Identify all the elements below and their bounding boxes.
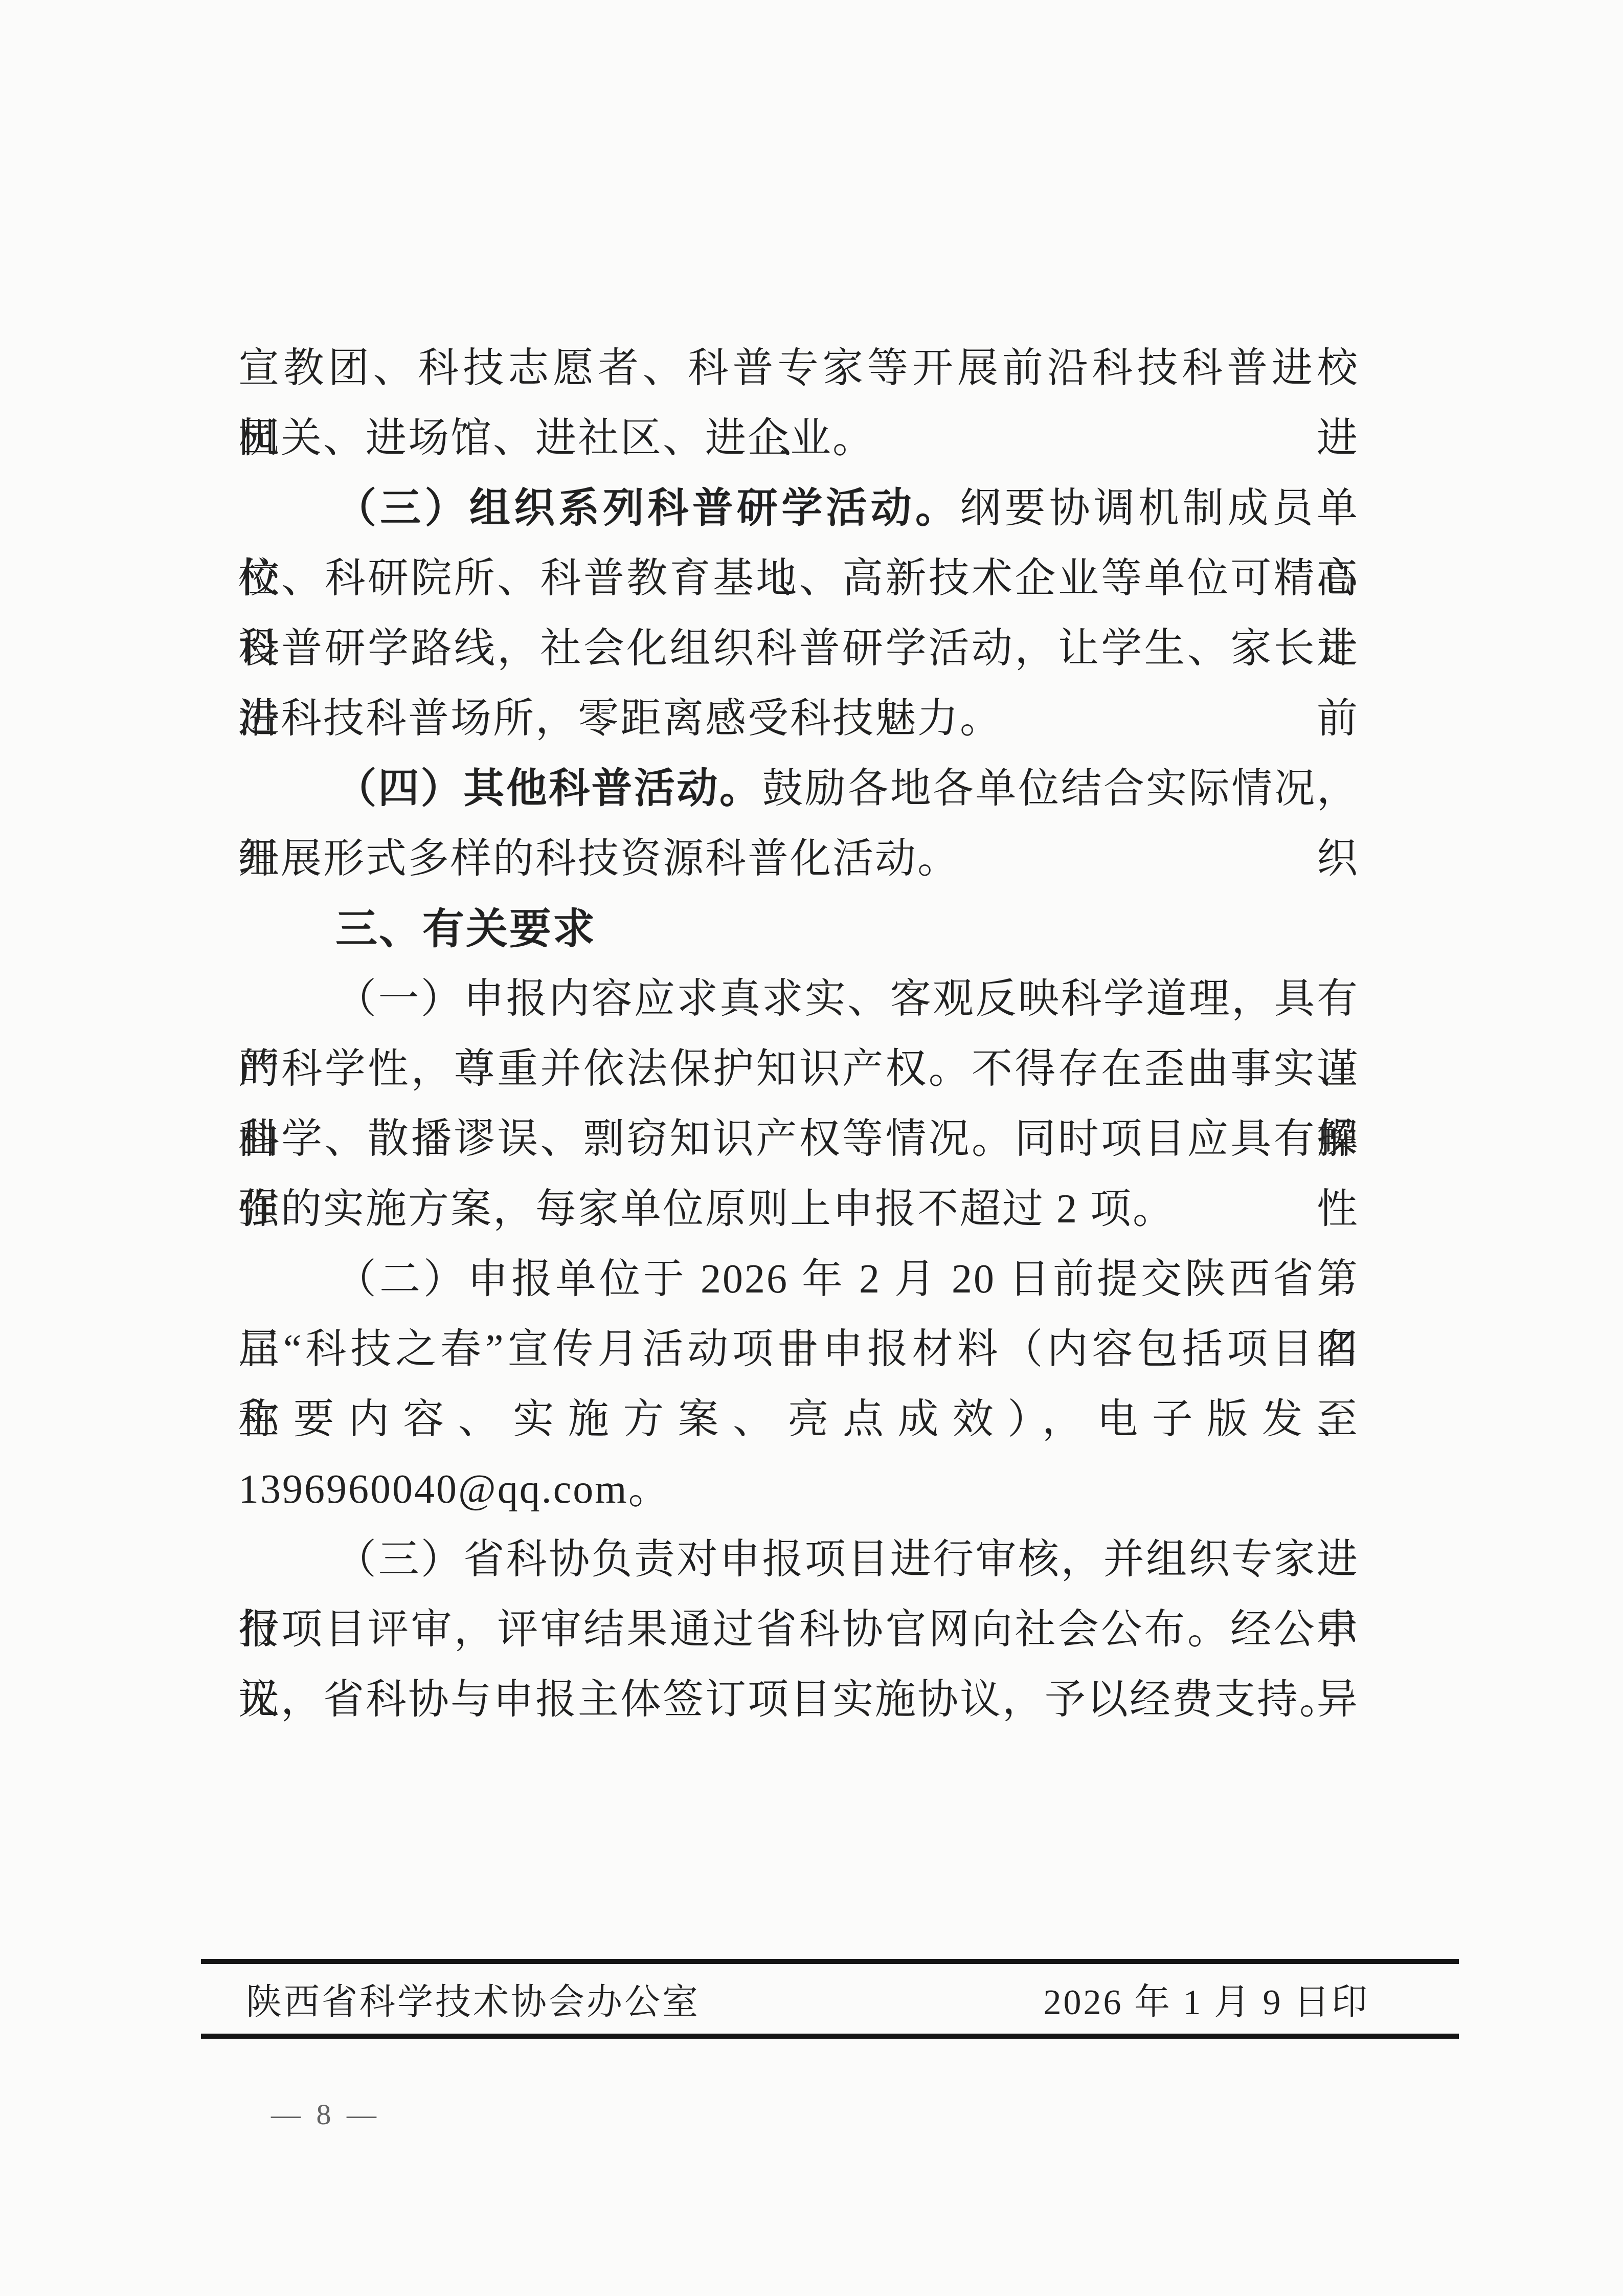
text-segment-bold: 三、有关要求 [335, 906, 596, 952]
footer-issuer: 陕西省科学技术协会办公室 [246, 1973, 700, 2025]
text-segment: 议，省科协与申报主体签订项目实施协议，予以经费支持。 [238, 1677, 1342, 1722]
text-line-11: 的科学性，尊重并依法保护知识产权。不得存在歪曲事实、曲解 [238, 1034, 1359, 1104]
text-line-4: 校、科研院所、科普教育基地、高新技术企业等单位可精心设计 [238, 544, 1359, 614]
footer-print-date: 2026 年 1 月 9 日印 [1044, 1973, 1370, 2025]
text-line-15: 届“科技之春”宣传月活动项目申报材料（内容包括项目名称、 [238, 1314, 1359, 1385]
text-line-5: 科普研学路线，社会化组织科普研学活动，让学生、家长走进前 [238, 614, 1359, 684]
text-line-14: （二）申报单位于 2026 年 2 月 20 日前提交陕西省第三十四 [238, 1244, 1359, 1314]
text-segment: 机关、进场馆、进社区、进企业。 [238, 416, 875, 461]
text-line-17: 1396960040@qq.com。 [238, 1455, 1359, 1525]
text-segment-bold: （四）其他科普活动。 [335, 766, 762, 811]
text-line-10: （一）申报内容应求真求实、客观反映科学道理，具有严谨 [238, 964, 1359, 1034]
text-segment: 开展形式多样的科技资源科普化活动。 [238, 836, 960, 881]
text-segment: 沿科技科普场所，零距离感受科技魅力。 [238, 696, 1002, 741]
text-segment-bold: （三）组织系列科普研学活动。 [335, 486, 960, 531]
document-body: 宣教团、科技志愿者、科普专家等开展前沿科技科普进校园、进机关、进场馆、进社区、进… [238, 333, 1359, 1735]
text-line-16: 主要内容、实施方案、亮点成效），电子版发至 [238, 1385, 1359, 1455]
text-segment: 主要内容、实施方案、亮点成效），电子版发至 [238, 1397, 1359, 1442]
text-line-3: （三）组织系列科普研学活动。纲要协调机制成员单位、高 [238, 474, 1359, 544]
document-page: 宣教团、科技志愿者、科普专家等开展前沿科技科普进校园、进机关、进场馆、进社区、进… [0, 0, 1623, 2296]
footer-colophon: 陕西省科学技术协会办公室 2026 年 1 月 9 日印 [201, 1959, 1459, 2039]
text-line-9: 三、有关要求 [238, 894, 1359, 964]
text-line-20: 议，省科协与申报主体签订项目实施协议，予以经费支持。 [238, 1665, 1359, 1735]
text-line-18: （三）省科协负责对申报项目进行审核，并组织专家进行申 [238, 1525, 1359, 1595]
text-line-19: 报项目评审，评审结果通过省科协官网向社会公布。经公示无异 [238, 1595, 1359, 1665]
text-segment: 1396960040@qq.com。 [238, 1467, 670, 1512]
text-line-12: 科学、散播谬误、剽窃知识产权等情况。同时项目应具有操作性 [238, 1104, 1359, 1174]
text-segment: 强的实施方案，每家单位原则上申报不超过 2 项。 [238, 1187, 1175, 1232]
text-line-1: 宣教团、科技志愿者、科普专家等开展前沿科技科普进校园、进 [238, 333, 1359, 404]
page-number: — 8 — [271, 2097, 380, 2131]
text-line-7: （四）其他科普活动。鼓励各地各单位结合实际情况，组织 [238, 754, 1359, 824]
